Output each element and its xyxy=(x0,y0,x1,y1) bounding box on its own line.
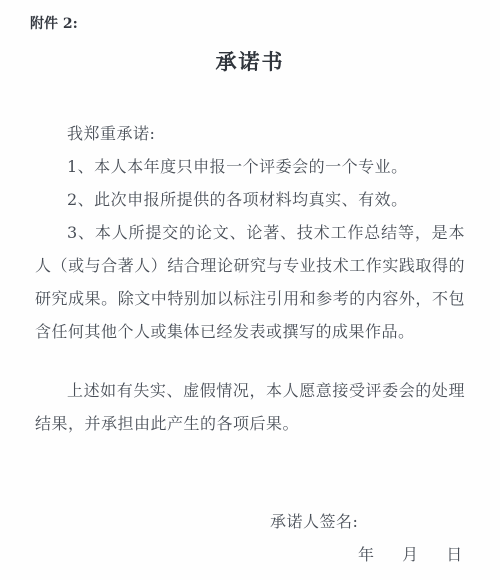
date-day-label: 日 xyxy=(446,545,463,564)
opening-line: 我郑重承诺: xyxy=(35,117,465,150)
document-page: 附件 2: 承诺书 我郑重承诺: 1、本人本年度只申报一个评委会的一个专业。 2… xyxy=(0,0,500,580)
signature-label: 承诺人签名: xyxy=(270,512,358,531)
pledge-item-2: 2、此次申报所提供的各项材料均真实、有效。 xyxy=(35,183,465,216)
pledge-item-1: 1、本人本年度只申报一个评委会的一个专业。 xyxy=(35,150,465,183)
document-body: 我郑重承诺: 1、本人本年度只申报一个评委会的一个专业。 2、此次申报所提供的各… xyxy=(35,117,465,571)
closing-paragraph: 上述如有失实、虚假情况，本人愿意接受评委会的处理结果，并承担由此产生的各项后果。 xyxy=(35,374,465,440)
signature-row: 承诺人签名: xyxy=(35,505,465,538)
document-title: 承诺书 xyxy=(0,48,500,76)
date-row: 年 月 日 xyxy=(35,538,465,571)
date-year-label: 年 xyxy=(358,545,375,564)
date-month-label: 月 xyxy=(402,545,419,564)
attachment-label: 附件 2: xyxy=(30,14,500,34)
pledge-item-3: 3、本人所提交的论文、论著、技术工作总结等，是本人（或与合著人）结合理论研究与专… xyxy=(35,216,465,348)
